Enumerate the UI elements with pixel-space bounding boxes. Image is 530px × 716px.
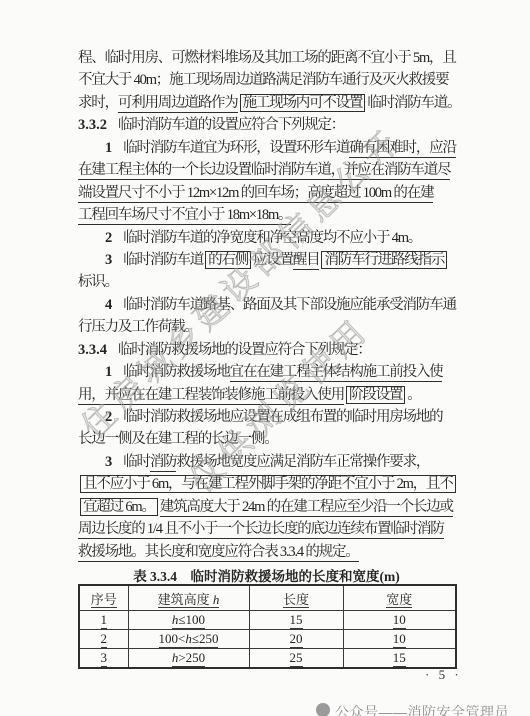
table-cell: 10 (343, 630, 456, 649)
text-run: 2 (105, 409, 112, 425)
text-run: 程、临时用房、可燃材料堆场及其加工场的距离不宜小于 5m，且 (78, 50, 456, 66)
body-line: 4临时消防车道路基、路面及其下部设施应能承受消防车通 (78, 294, 458, 316)
page-number: · 5 · (425, 667, 462, 683)
revision-underlined-text: 可利用周边道路作为 (118, 95, 238, 113)
body-line: 救援场地。其长度和宽度应符合表 3.3.4 的规定。 (78, 541, 458, 563)
table-header-row: 序号建筑高度 h长度宽度 (79, 585, 456, 611)
body-line: 1临时消防车道宜为环形，设置环形车道确有困难时，应沿 (78, 137, 458, 159)
text-run: 救援场地宽度应满足消防车正常操作要求， (176, 454, 429, 470)
table-cell: 3 (79, 649, 128, 669)
revision-underlined-text: 宜在在建工程主体结构施工前投入使 (230, 364, 443, 382)
table-cell: 10 (343, 611, 456, 630)
text-run: 临时消防车道的设置应符合下列规定： (118, 117, 344, 133)
table-cell: 15 (249, 611, 343, 630)
body-line: 行压力及工作荷载。 (78, 316, 458, 338)
table-cell: 2 (79, 630, 128, 649)
account-badge-icon (316, 703, 330, 716)
table-cell: 20 (249, 630, 343, 649)
table-header-cell: 序号 (79, 585, 128, 611)
body-line: 端设置尺寸不小于 12m×12m 的回车场；高度超过 100m 的在建 (78, 182, 458, 204)
body-line: 2临时消防救援场地应设置在成组布置的临时用房场地的 (78, 406, 458, 428)
text-run: 临时消防救援场地应设置在成组布置的临时用房场地的 (123, 409, 442, 425)
body-text: 程、临时用房、可燃材料堆场及其加工场的距离不宜小于 5m，且不宜大于 40m；施… (78, 47, 458, 563)
body-line: 3.3.4临时消防救援场地的设置应符合下列规定： (78, 339, 458, 361)
revision-underlined-text: 救援场地。其长度和宽度应符合表 3.3.4 的规定。 (78, 544, 359, 562)
text-run: 2 (105, 230, 112, 246)
revision-underlined-text: 在建工程主体的一个长边设置临时消防车道，并应在消防车道尽 (78, 162, 450, 180)
revision-boxed-text: 的右侧 (205, 251, 251, 269)
text-run: 临时 (123, 454, 150, 470)
text-run: 临时消防车道。 (367, 95, 460, 111)
body-line: 宜超过 6m。建筑高度大于 24m 的在建工程应至少沿一个长边或 (78, 496, 458, 518)
scanned-document-page: 住房城乡建设部信息公开 仅供浏览使用 程、临时用房、可燃材料堆场及其加工场的距离… (0, 0, 530, 716)
text-run: 3.3.2 (78, 117, 107, 133)
table-body: 1h≤10015102100<h≤25020103h>2502515 (79, 611, 456, 669)
revision-boxed-text: 宜超过 6m。 (80, 498, 158, 516)
table-header-cell: 长度 (249, 585, 343, 611)
table-row: 3h>2502515 (79, 649, 456, 669)
text-run: 。 (407, 387, 420, 403)
footer-note: 公众号——消防安全管理员 (316, 702, 509, 716)
text-run: 3 (105, 252, 112, 268)
body-line: 3临时消防救援场地宽度应满足消防车正常操作要求， (78, 451, 458, 473)
text-run: 临时消防车道路基、路面及其下部设施应能承受消防车通 (123, 297, 456, 313)
text-run: 临时消防车道的净宽度和净空高度均不应小于 4m。 (123, 230, 421, 246)
text-run: 临时消防救援场地的设置应符合下列规定： (118, 342, 371, 358)
table-cell: 15 (343, 649, 456, 669)
text-run: 1 (105, 140, 112, 156)
revision-boxed-text: 施工现场内可不设置 (240, 94, 366, 112)
body-line: 3临时消防车道的右侧应设置醒目消防车行进路线指示 (78, 249, 458, 271)
table-cell: h>250 (128, 649, 249, 669)
revision-underlined-text: 确有困难时，应沿 (349, 140, 455, 158)
text-run: 4 (105, 297, 112, 313)
body-line: 1临时消防救援场地宜在在建工程主体结构施工前投入使 (78, 361, 458, 383)
body-line: 工程回车场尺寸不宜小于 18m×18m。 (78, 204, 458, 226)
text-run: 3 (105, 454, 112, 470)
table-title: 表 3.3.4 临时消防救援场地的长度和宽度(m) (78, 565, 455, 585)
table-header-cell: 宽度 (343, 585, 456, 611)
rescue-site-dimensions-table: 序号建筑高度 h长度宽度 1h≤10015102100<h≤25020103h>… (78, 584, 457, 669)
text-run: 临时消防车道 (123, 252, 203, 268)
text-run: 不宜大于 40m；施工现场周边道路满足消防车通行及灭火救援要 (78, 72, 448, 88)
text-run: 临时消防救援场地 (123, 364, 229, 380)
body-line: 求时，可利用周边道路作为施工现场内可不设置临时消防车道。 (78, 92, 458, 114)
table-cell: 100<h≤250 (128, 630, 249, 649)
revision-underlined-text: 消防 (150, 454, 177, 472)
body-line: 3.3.2临时消防车道的设置应符合下列规定： (78, 114, 458, 136)
text-run: 应设置 (253, 252, 293, 268)
text-run: 求时， (78, 95, 118, 111)
revision-underlined-text: 用，并应在在建工程装饰装修施工前投入使用 (78, 387, 344, 405)
body-line: 不宜大于 40m；施工现场周边道路满足消防车通行及灭火救援要 (78, 69, 458, 91)
body-line: 2临时消防车道的净宽度和净空高度均不应小于 4m。 (78, 227, 458, 249)
body-line: 长边一侧及在建工程的长边一侧。 (78, 428, 458, 450)
revision-underlined-text: 端设置尺寸不小于 12m×12m 的回车场；高度超过 100m 的在建 (78, 185, 433, 203)
revision-boxed-text: 阶段设置 (346, 386, 405, 404)
table-header-cell: 建筑高度 h (128, 585, 249, 611)
text-run: 临时消防车道宜为环形，设置环形车道 (123, 140, 349, 156)
table-row: 1h≤1001510 (79, 611, 456, 630)
revision-boxed-text: 消防车行进路线指示 (321, 251, 447, 269)
revision-underlined-text: 建筑高度大于 24m 的在建工程应至少沿一个长边或 (160, 499, 453, 517)
body-line: 周边长度的 1/4 且不小于一个长边长度的底边连续布置临时消防 (78, 518, 458, 540)
table-cell: 1 (79, 611, 128, 630)
footer-text: 公众号——消防安全管理员 (335, 702, 509, 716)
body-line: 程、临时用房、可燃材料堆场及其加工场的距离不宜小于 5m，且 (78, 47, 458, 69)
text-run: 1 (105, 364, 112, 380)
revision-underlined-text: 工程回车场尺寸不宜小于 18m×18m。 (78, 207, 291, 225)
table-cell: 25 (249, 649, 343, 669)
revision-boxed-text: 且不应小于 6m，与在建工程外脚手架的净距不宜小于 2m，且不 (80, 475, 456, 493)
table-row: 2100<h≤2502010 (79, 630, 456, 649)
body-line: 在建工程主体的一个长边设置临时消防车道，并应在消防车道尽 (78, 159, 458, 181)
body-line: 用，并应在在建工程装饰装修施工前投入使用阶段设置。 (78, 384, 458, 406)
text-run: 行压力及工作荷载。 (78, 319, 198, 335)
body-line: 且不应小于 6m，与在建工程外脚手架的净距不宜小于 2m，且不 (78, 473, 458, 495)
text-run: 3.3.4 (78, 342, 107, 358)
text-run: 标识。 (78, 274, 118, 290)
revision-underlined-text: 醒目 (293, 252, 320, 270)
body-line: 标识。 (78, 271, 458, 293)
revision-underlined-text: 周边长度的 1/4 且不小于一个长边长度的底边连续布置临时消防 (78, 521, 444, 539)
text-run: 长边一侧及在建工程的长边一侧。 (78, 431, 278, 447)
table-cell: h≤100 (128, 611, 249, 630)
